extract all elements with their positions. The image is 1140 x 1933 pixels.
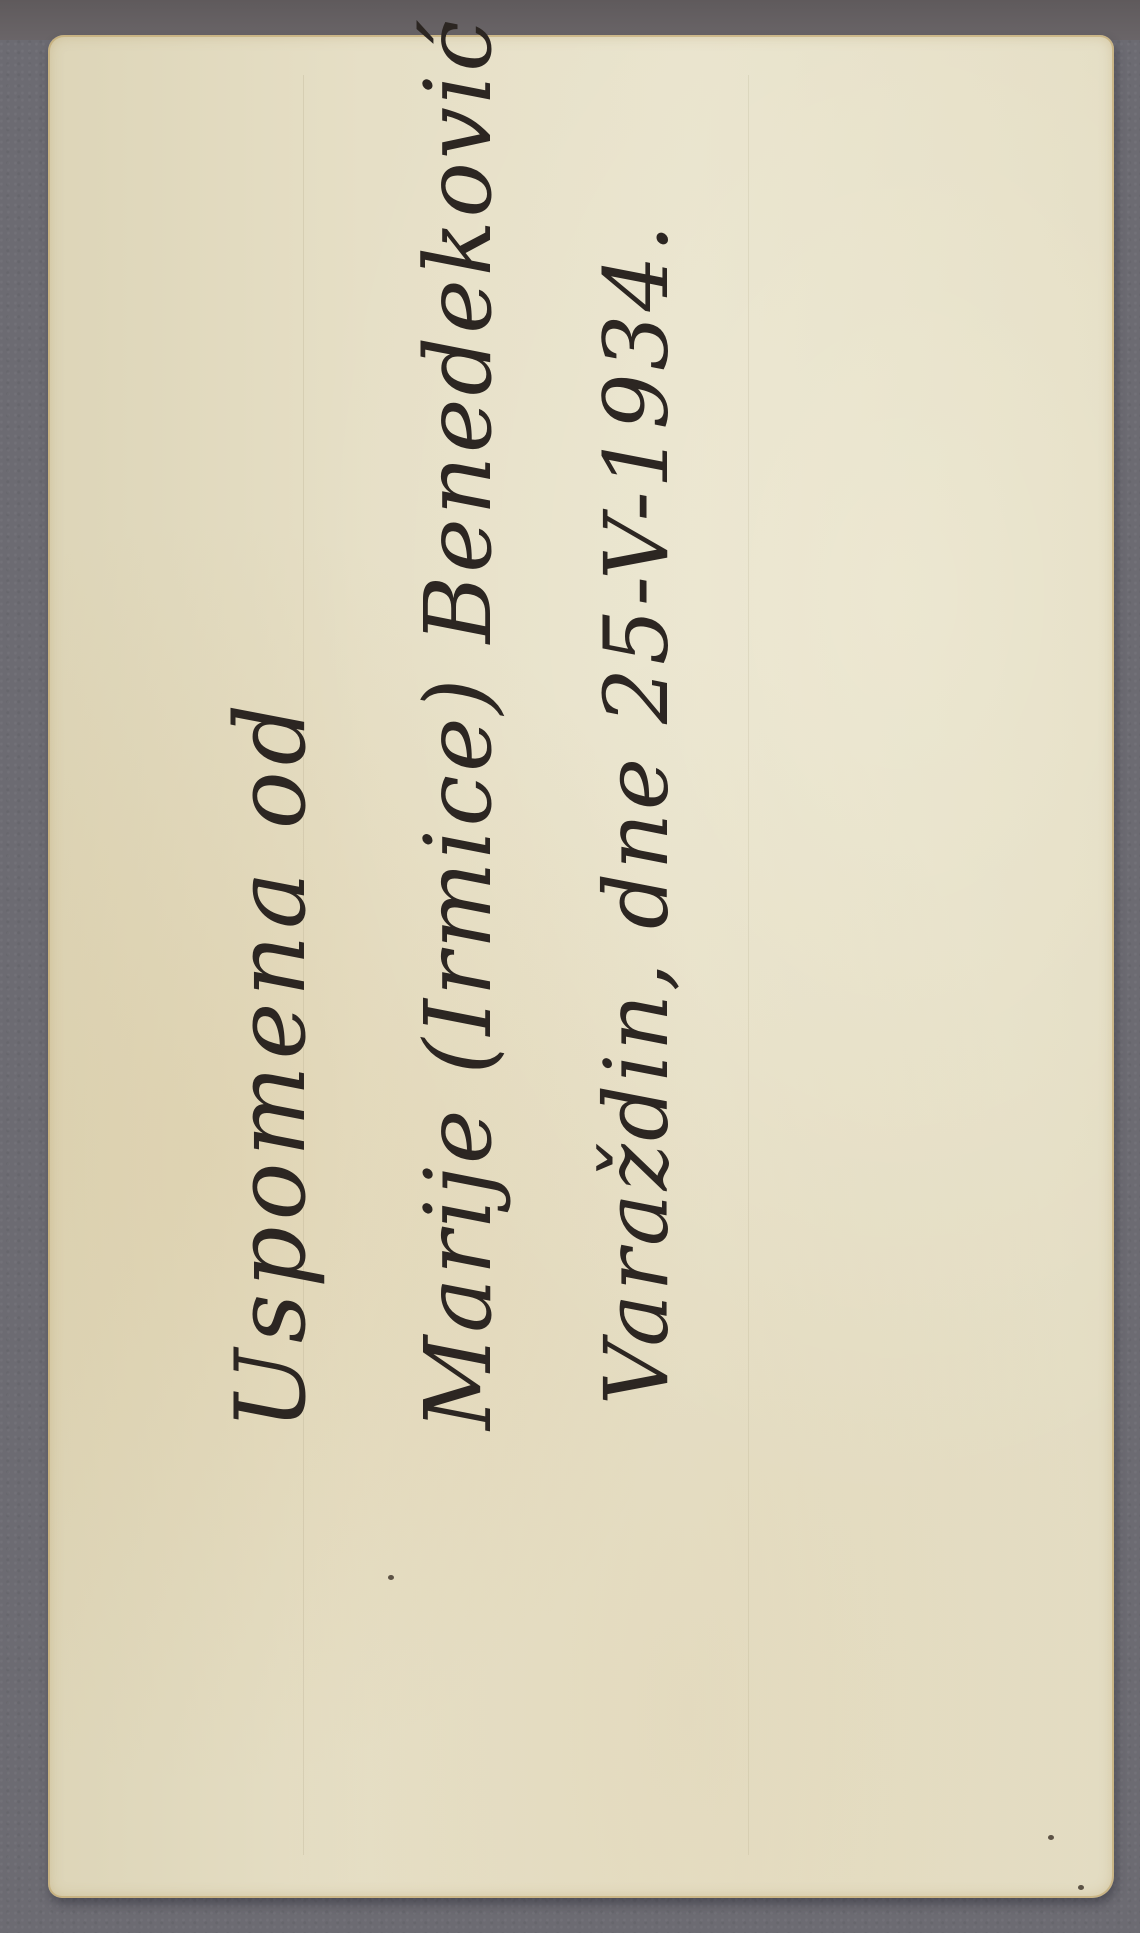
ink-speck bbox=[1078, 1885, 1084, 1890]
ink-speck bbox=[388, 1575, 394, 1580]
background-shadow bbox=[0, 0, 1140, 40]
handwritten-line-name: Marije (Irmice) Benedeković bbox=[413, 17, 505, 1430]
handwritten-line-dedication: Uspomena od bbox=[223, 698, 319, 1430]
ink-speck bbox=[1048, 1835, 1054, 1840]
handwritten-line-place-date: Varaždin, dne 25-V-1934. bbox=[593, 222, 681, 1405]
handwritten-card: Uspomena od Marije (Irmice) Benedeković … bbox=[48, 35, 1114, 1898]
